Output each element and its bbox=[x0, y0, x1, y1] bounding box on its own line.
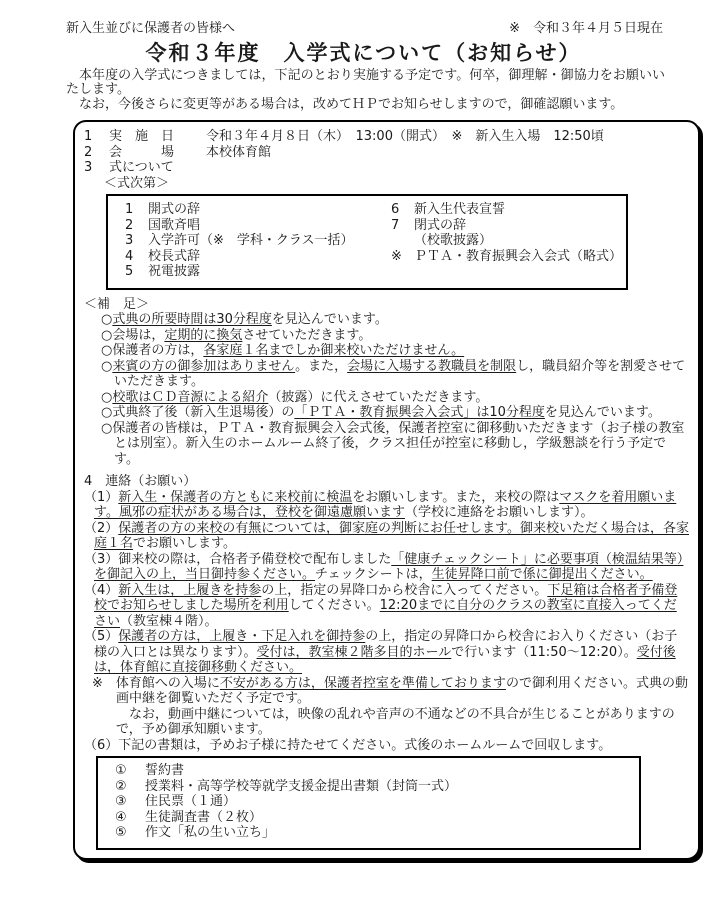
date-note: ※ 令和３年４月５日現在 bbox=[509, 21, 663, 37]
info-row-ceremony: 3 式について bbox=[84, 160, 689, 176]
contact-item-1: （1）新入生・保護者の方ともに来校前に検温をお願いします。また，来校の際はマスク… bbox=[84, 490, 689, 521]
gym-note: ※ 体育館への入場に不安がある方は，保護者控室を準備しておりますので御利用くださ… bbox=[92, 676, 689, 707]
circle-bullet: ○ bbox=[101, 359, 112, 374]
supplement-heading: ＜補 足＞ bbox=[84, 297, 689, 313]
item-no: （2） bbox=[84, 521, 118, 536]
supplement-item: ○保護者の皆様は，ＰＴＡ・教育振興会入会式後，保護者控室に御移動いただきます（お… bbox=[101, 421, 689, 468]
contact-item-6: （6）下記の書類は，予めお子様に持たせてください。式後のホームルームで回収します… bbox=[84, 738, 689, 754]
contact-text: 下記の書類は，予めお子様に持たせてください。式後のホームルームで回収します。 bbox=[118, 738, 611, 753]
document-item: ②授業料・高等学校等就学支援金提出書類（封筒一式） bbox=[115, 779, 639, 795]
program-item: 4校長式辞 bbox=[125, 249, 391, 265]
asterisk-marker: ※ bbox=[92, 676, 116, 691]
supplement-list: ○式典の所要時間は30分程度を見込んでいます。 ○会場は，定期的に換気させていた… bbox=[84, 312, 689, 467]
circled-number: ⑤ bbox=[115, 825, 145, 841]
info-value: 令和３年４月８日（木） 13:00（開式） ※ 新入生入場 12:50頃 bbox=[206, 129, 689, 145]
info-row-venue: 2 会 場 本校体育館 bbox=[84, 145, 689, 161]
program-text: ＰＴＡ・教育振興会入会式（略式） bbox=[414, 249, 622, 265]
program-no: 2 bbox=[125, 218, 148, 234]
info-value bbox=[206, 160, 689, 176]
contact-text: 御来校の際は，合格者予備登校で配布しました「健康チェックシート」に必要事項（検温… bbox=[94, 552, 683, 583]
program-item: （校歌披露） bbox=[391, 233, 626, 249]
supplement-item: ○校歌はＣＤ音源による紹介（披露）に代えさせていただきます。 bbox=[101, 390, 689, 406]
stream-note: なお，動画中継については，映像の乱れや音声の不通などの不具合が生じることがありま… bbox=[116, 707, 689, 738]
document-text: 誓約書 bbox=[145, 763, 184, 779]
program-item: ※ＰＴＡ・教育振興会入会式（略式） bbox=[391, 249, 626, 265]
program-item: 7閉式の辞 bbox=[391, 218, 626, 234]
program-no: 1 bbox=[125, 202, 148, 218]
program-text: 祝電披露 bbox=[148, 264, 200, 280]
intro-line-2: なお，今後さらに変更等がある場合は，改めてＨＰでお知らせしますので，御確認願いま… bbox=[66, 98, 665, 113]
supplement-text: 来賓の方の御参加はありません。また，会場に入場する教職員を制限し，職員紹介等を割… bbox=[112, 359, 685, 390]
notice-box: 1 実 施 日 令和３年４月８日（木） 13:00（開式） ※ 新入生入場 12… bbox=[73, 120, 700, 860]
contact-text: 新入生・保護者の方ともに来校前に検温をお願いします。また，来校の際はマスクを着用… bbox=[94, 490, 676, 521]
circle-bullet: ○ bbox=[101, 312, 112, 327]
circle-bullet: ○ bbox=[101, 343, 112, 358]
program-no: ※ bbox=[391, 249, 414, 265]
program-column-right: 6新入生代表宣誓 7閉式の辞 （校歌披露） ※ＰＴＡ・教育振興会入会式（略式） bbox=[391, 202, 626, 280]
program-no: 6 bbox=[391, 202, 414, 218]
note-text: 体育館への入場に不安がある方は，保護者控室を準備しておりますので御利用ください。… bbox=[116, 676, 688, 707]
program-text: 校長式辞 bbox=[148, 249, 200, 265]
contact-text: 新入生は，上履きを持参の上，指定の昇降口から校舎に入ってください。下足箱は合格者… bbox=[94, 583, 677, 629]
info-no: 2 bbox=[84, 145, 109, 161]
program-no bbox=[391, 233, 414, 249]
circled-number: ② bbox=[115, 779, 145, 795]
contact-item-3: （3）御来校の際は，合格者予備登校で配布しました「健康チェックシート」に必要事項… bbox=[84, 552, 689, 583]
document-item: ④生徒調査書（２枚） bbox=[115, 810, 639, 826]
contact-list: （1）新入生・保護者の方ともに来校前に検温をお願いします。また，来校の際はマスク… bbox=[84, 490, 689, 754]
document-text: 生徒調査書（２枚） bbox=[145, 810, 262, 826]
page-title: 令和３年度 入学式について（お知らせ） bbox=[0, 46, 727, 62]
document-item: ③住民票（１通） bbox=[115, 794, 639, 810]
program-item: 1開式の辞 bbox=[125, 202, 391, 218]
program-item: 6新入生代表宣誓 bbox=[391, 202, 626, 218]
program-text: 開式の辞 bbox=[148, 202, 200, 218]
header-row: 新入生並びに保護者の皆様へ ※ 令和３年４月５日現在 bbox=[0, 0, 727, 37]
supplement-item: ○会場は，定期的に換気させていただきます。 bbox=[101, 328, 689, 344]
program-heading: ＜式次第＞ bbox=[104, 176, 689, 192]
contact-text: 保護者の方は，上履き・下足入れを御持参の上，指定の昇降口から校舎にお入りください… bbox=[94, 629, 677, 675]
item-no: （4） bbox=[84, 583, 118, 598]
circle-bullet: ○ bbox=[101, 405, 112, 420]
document-text: 作文「私の生い立ち」 bbox=[145, 825, 275, 841]
info-row-date: 1 実 施 日 令和３年４月８日（木） 13:00（開式） ※ 新入生入場 12… bbox=[84, 129, 689, 145]
info-no: 1 bbox=[84, 129, 109, 145]
program-box: 1開式の辞 2国歌斉唱 3入学許可（※ 学科・クラス一括） 4校長式辞 5祝電披… bbox=[106, 194, 628, 290]
intro-line-1: 本年度の入学式につきましては，下記のとおり実施する予定です。何卒，御理解・御協力… bbox=[66, 69, 665, 98]
supplement-item: ○式典終了後（新入生退場後）の「ＰＴＡ・教育振興会入会式」は10分程度を見込んで… bbox=[101, 405, 689, 421]
item-no: （3） bbox=[84, 552, 118, 567]
document-text: 住民票（１通） bbox=[145, 794, 236, 810]
circle-bullet: ○ bbox=[101, 390, 112, 405]
notice-document: 新入生並びに保護者の皆様へ ※ 令和３年４月５日現在 令和３年度 入学式について… bbox=[0, 0, 727, 923]
supplement-text: 式典の所要時間は30分程度を見込んでいます。 bbox=[112, 312, 388, 327]
supplement-item: ○保護者の方は，各家庭１名までしか御来校いただけません。 bbox=[101, 343, 689, 359]
supplement-text: 保護者の方は，各家庭１名までしか御来校いただけません。 bbox=[112, 343, 464, 358]
item-no: （1） bbox=[84, 490, 118, 505]
program-item: 2国歌斉唱 bbox=[125, 218, 391, 234]
addressee-text: 新入生並びに保護者の皆様へ bbox=[66, 21, 235, 37]
program-no: 3 bbox=[125, 233, 148, 249]
item-no: （6） bbox=[84, 738, 118, 753]
info-no: 3 bbox=[84, 160, 109, 176]
program-item: 5祝電披露 bbox=[125, 264, 391, 280]
program-text: 閉式の辞 bbox=[414, 218, 466, 234]
contact-item-2: （2）保護者の方の来校の有無については，御家庭の判断にお任せします。御来校いただ… bbox=[84, 521, 689, 552]
program-item: 3入学許可（※ 学科・クラス一括） bbox=[125, 233, 391, 249]
circled-number: ① bbox=[115, 763, 145, 779]
program-no: 4 bbox=[125, 249, 148, 265]
program-text: （校歌披露） bbox=[414, 233, 492, 249]
supplement-item: ○来賓の方の御参加はありません。また，会場に入場する教職員を制限し，職員紹介等を… bbox=[101, 359, 689, 390]
contact-text: 保護者の方の来校の有無については，御家庭の判断にお任せします。御来校いただく場合… bbox=[94, 521, 689, 552]
program-text: 国歌斉唱 bbox=[148, 218, 200, 234]
supplement-text: 校歌はＣＤ音源による紹介（披露）に代えさせていただきます。 bbox=[112, 390, 488, 405]
supplement-text: 会場は，定期的に換気させていただきます。 bbox=[112, 328, 371, 343]
info-value: 本校体育館 bbox=[206, 145, 689, 161]
contact-item-5: （5）保護者の方は，上履き・下足入れを御持参の上，指定の昇降口から校舎にお入りく… bbox=[84, 629, 689, 676]
program-column-left: 1開式の辞 2国歌斉唱 3入学許可（※ 学科・クラス一括） 4校長式辞 5祝電披… bbox=[125, 202, 391, 280]
program-text: 入学許可（※ 学科・クラス一括） bbox=[148, 233, 354, 249]
info-label: 式について bbox=[109, 160, 206, 176]
intro-paragraphs: 本年度の入学式につきましては，下記のとおり実施する予定です。何卒，御理解・御協力… bbox=[66, 69, 665, 113]
document-item: ①誓約書 bbox=[115, 763, 639, 779]
supplement-item: ○式典の所要時間は30分程度を見込んでいます。 bbox=[101, 312, 689, 328]
document-text: 授業料・高等学校等就学支援金提出書類（封筒一式） bbox=[145, 779, 457, 795]
program-no: 7 bbox=[391, 218, 414, 234]
document-item: ⑤作文「私の生い立ち」 bbox=[115, 825, 639, 841]
info-label: 実 施 日 bbox=[109, 129, 206, 145]
contact-item-4: （4）新入生は，上履きを持参の上，指定の昇降口から校舎に入ってください。下足箱は… bbox=[84, 583, 689, 630]
documents-box: ①誓約書 ②授業料・高等学校等就学支援金提出書類（封筒一式） ③住民票（１通） … bbox=[96, 756, 641, 850]
supplement-text: 保護者の皆様は，ＰＴＡ・教育振興会入会式後，保護者控室に御移動いただきます（お子… bbox=[112, 421, 684, 467]
item-no: （5） bbox=[84, 629, 118, 644]
circled-number: ③ bbox=[115, 794, 145, 810]
supplement-text: 式典終了後（新入生退場後）の「ＰＴＡ・教育振興会入会式」は10分程度を見込んでい… bbox=[112, 405, 661, 420]
circled-number: ④ bbox=[115, 810, 145, 826]
circle-bullet: ○ bbox=[101, 328, 112, 343]
contact-heading: 4 連絡（お願い） bbox=[84, 474, 689, 490]
circle-bullet: ○ bbox=[101, 421, 112, 436]
program-no: 5 bbox=[125, 264, 148, 280]
program-text: 新入生代表宣誓 bbox=[414, 202, 505, 218]
info-label: 会 場 bbox=[109, 145, 206, 161]
